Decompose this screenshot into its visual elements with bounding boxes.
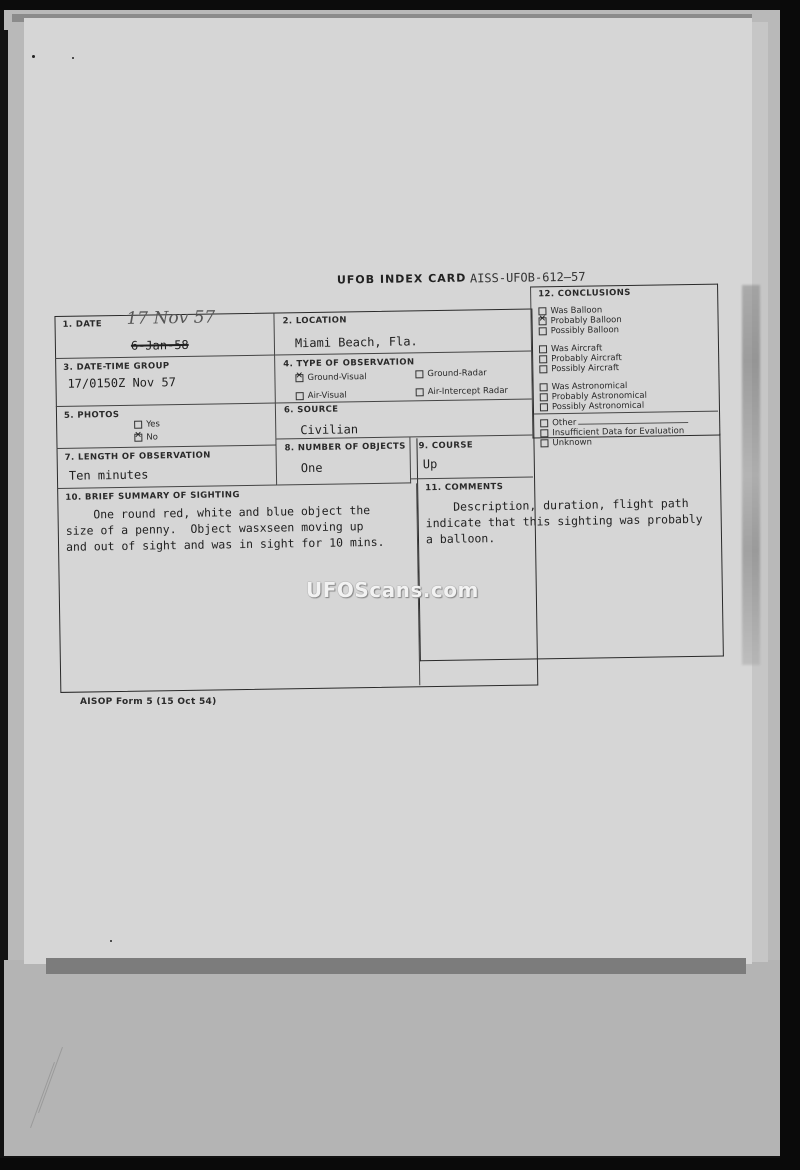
form-footer: AISOP Form 5 (15 Oct 54) — [80, 697, 217, 707]
conclusion-group-astronomical: Was Astronomical Probably Astronomical P… — [540, 381, 648, 413]
film-border-bottom — [0, 1158, 800, 1170]
checkbox[interactable] — [540, 439, 548, 447]
conclusion-group-other: Other Insufficient Data for Evaluation U… — [540, 416, 689, 448]
checkbox[interactable] — [540, 403, 548, 411]
checkbox[interactable] — [540, 429, 548, 437]
source-label: 6. SOURCE — [284, 405, 339, 416]
checkbox[interactable] — [539, 345, 547, 353]
checkbox-air-intercept-radar[interactable] — [416, 388, 424, 396]
checkbox[interactable] — [539, 317, 547, 325]
date-handwritten: 17 Nov 57 — [126, 307, 215, 328]
checkbox-photos-yes[interactable] — [134, 420, 142, 428]
card-title: UFOB INDEX CARD — [337, 272, 467, 287]
length-of-observation-label: 7. LENGTH OF OBSERVATION — [65, 451, 211, 463]
scan-dust — [32, 55, 35, 58]
comments-label: 11. COMMENTS — [425, 482, 503, 493]
scan-speckle-strip — [742, 285, 760, 665]
course-label: 9. COURSE — [418, 440, 473, 451]
conclusion-group-balloon: Was Balloon Probably Balloon Possibly Ba… — [538, 305, 622, 336]
location-value: Miami Beach, Fla. — [295, 334, 418, 350]
checkbox[interactable] — [539, 365, 547, 373]
checkbox[interactable] — [540, 393, 548, 401]
checkbox-ground-radar[interactable] — [415, 370, 423, 378]
page-bottom-shadow — [46, 958, 746, 974]
checkbox[interactable] — [539, 327, 547, 335]
option-label: Ground-Visual — [307, 372, 366, 383]
type-of-observation-label: 4. TYPE OF OBSERVATION — [283, 357, 414, 369]
photos-label: 5. PHOTOS — [64, 410, 120, 421]
conclusion-label: Possibly Balloon — [551, 325, 619, 336]
length-of-observation-cell: 7. LENGTH OF OBSERVATION Ten minutes — [57, 446, 278, 489]
comments-cell: 11. COMMENTS Description, duration, flig… — [417, 475, 722, 660]
film-border-right — [780, 0, 800, 1170]
number-of-objects-cell: 8. NUMBER OF OBJECTS One — [276, 437, 411, 485]
option-ground-radar[interactable]: Ground-Radar — [415, 368, 487, 379]
brief-summary-text: One round red, white and blue object the… — [65, 502, 384, 555]
date-time-group-value: 17/0150Z Nov 57 — [67, 375, 176, 391]
option-air-visual[interactable]: Air-Visual — [296, 390, 347, 401]
photos-cell: 5. PHOTOS Yes No — [56, 404, 277, 449]
date-struck-typed: 6-Jan-58 — [131, 338, 189, 353]
course-value: Up — [423, 457, 438, 471]
ufob-index-card: UFOB INDEX CARD AISS-UFOB-612—57 1. DATE… — [54, 278, 724, 692]
film-border-top — [0, 0, 800, 10]
conclusions-cell: 12. CONCLUSIONS Was Balloon Probably Bal… — [532, 284, 718, 437]
checkbox-air-visual[interactable] — [296, 392, 304, 400]
source-value: Civilian — [300, 422, 358, 437]
scan-dust — [72, 57, 74, 59]
date-label: 1. DATE — [63, 319, 103, 330]
checkbox[interactable] — [540, 419, 548, 427]
conclusion-possibly-astronomical[interactable]: Possibly Astronomical — [540, 401, 647, 413]
option-label: Air-Intercept Radar — [428, 386, 508, 397]
option-label: Air-Visual — [308, 390, 347, 401]
card-file-number: AISS-UFOB-612—57 — [470, 270, 586, 286]
conclusions-label: 12. CONCLUSIONS — [538, 288, 631, 299]
checkbox[interactable] — [540, 383, 548, 391]
option-photos-yes[interactable]: Yes — [134, 419, 160, 429]
brief-summary-label: 10. BRIEF SUMMARY OF SIGHTING — [65, 490, 240, 503]
film-border-left — [0, 30, 8, 960]
comments-text: Description, duration, flight pathindica… — [425, 495, 703, 547]
conclusion-label: Possibly Astronomical — [552, 401, 644, 412]
conclusion-possibly-balloon[interactable]: Possibly Balloon — [539, 325, 622, 336]
option-ground-visual[interactable]: Ground-Visual — [295, 372, 366, 383]
checkbox-photos-no[interactable] — [134, 433, 142, 441]
comments-line: a balloon. — [426, 527, 703, 547]
checkbox-ground-visual[interactable] — [295, 374, 303, 382]
other-blank-line[interactable] — [578, 422, 688, 425]
source-cell: 6. SOURCE Civilian — [276, 400, 533, 440]
option-label: No — [146, 432, 158, 442]
type-of-observation-cell: 4. TYPE OF OBSERVATION Ground-Visual Gro… — [275, 352, 532, 404]
option-photos-no[interactable]: No — [134, 432, 158, 442]
option-air-intercept-radar[interactable]: Air-Intercept Radar — [416, 386, 508, 397]
option-label: Yes — [146, 419, 160, 429]
watermark: UFOScans.com — [306, 578, 479, 602]
conclusion-label: Insufficient Data for Evaluation — [552, 426, 684, 438]
date-cell: 1. DATE 17 Nov 57 6-Jan-58 — [54, 313, 275, 359]
course-cell: 9. COURSE Up — [410, 436, 533, 480]
length-of-observation-value: Ten minutes — [69, 468, 149, 483]
conclusion-label: Possibly Aircraft — [551, 363, 619, 374]
conclusion-group-aircraft: Was Aircraft Probably Aircraft Possibly … — [539, 343, 622, 374]
date-time-group-cell: 3. DATE-TIME GROUP 17/0150Z Nov 57 — [55, 356, 276, 407]
number-of-objects-label: 8. NUMBER OF OBJECTS — [284, 441, 405, 453]
lower-backing-sheet — [4, 960, 786, 1156]
scan-dust — [110, 940, 112, 942]
conclusion-label: Unknown — [552, 438, 592, 449]
number-of-objects-value: One — [301, 461, 323, 475]
conclusion-label: Other — [552, 418, 576, 428]
option-label: Ground-Radar — [427, 368, 487, 379]
conclusion-possibly-aircraft[interactable]: Possibly Aircraft — [539, 363, 622, 374]
location-cell: 2. LOCATION Miami Beach, Fla. — [274, 309, 531, 356]
location-label: 2. LOCATION — [282, 315, 346, 326]
date-time-group-label: 3. DATE-TIME GROUP — [63, 361, 169, 373]
checkbox[interactable] — [539, 355, 547, 363]
